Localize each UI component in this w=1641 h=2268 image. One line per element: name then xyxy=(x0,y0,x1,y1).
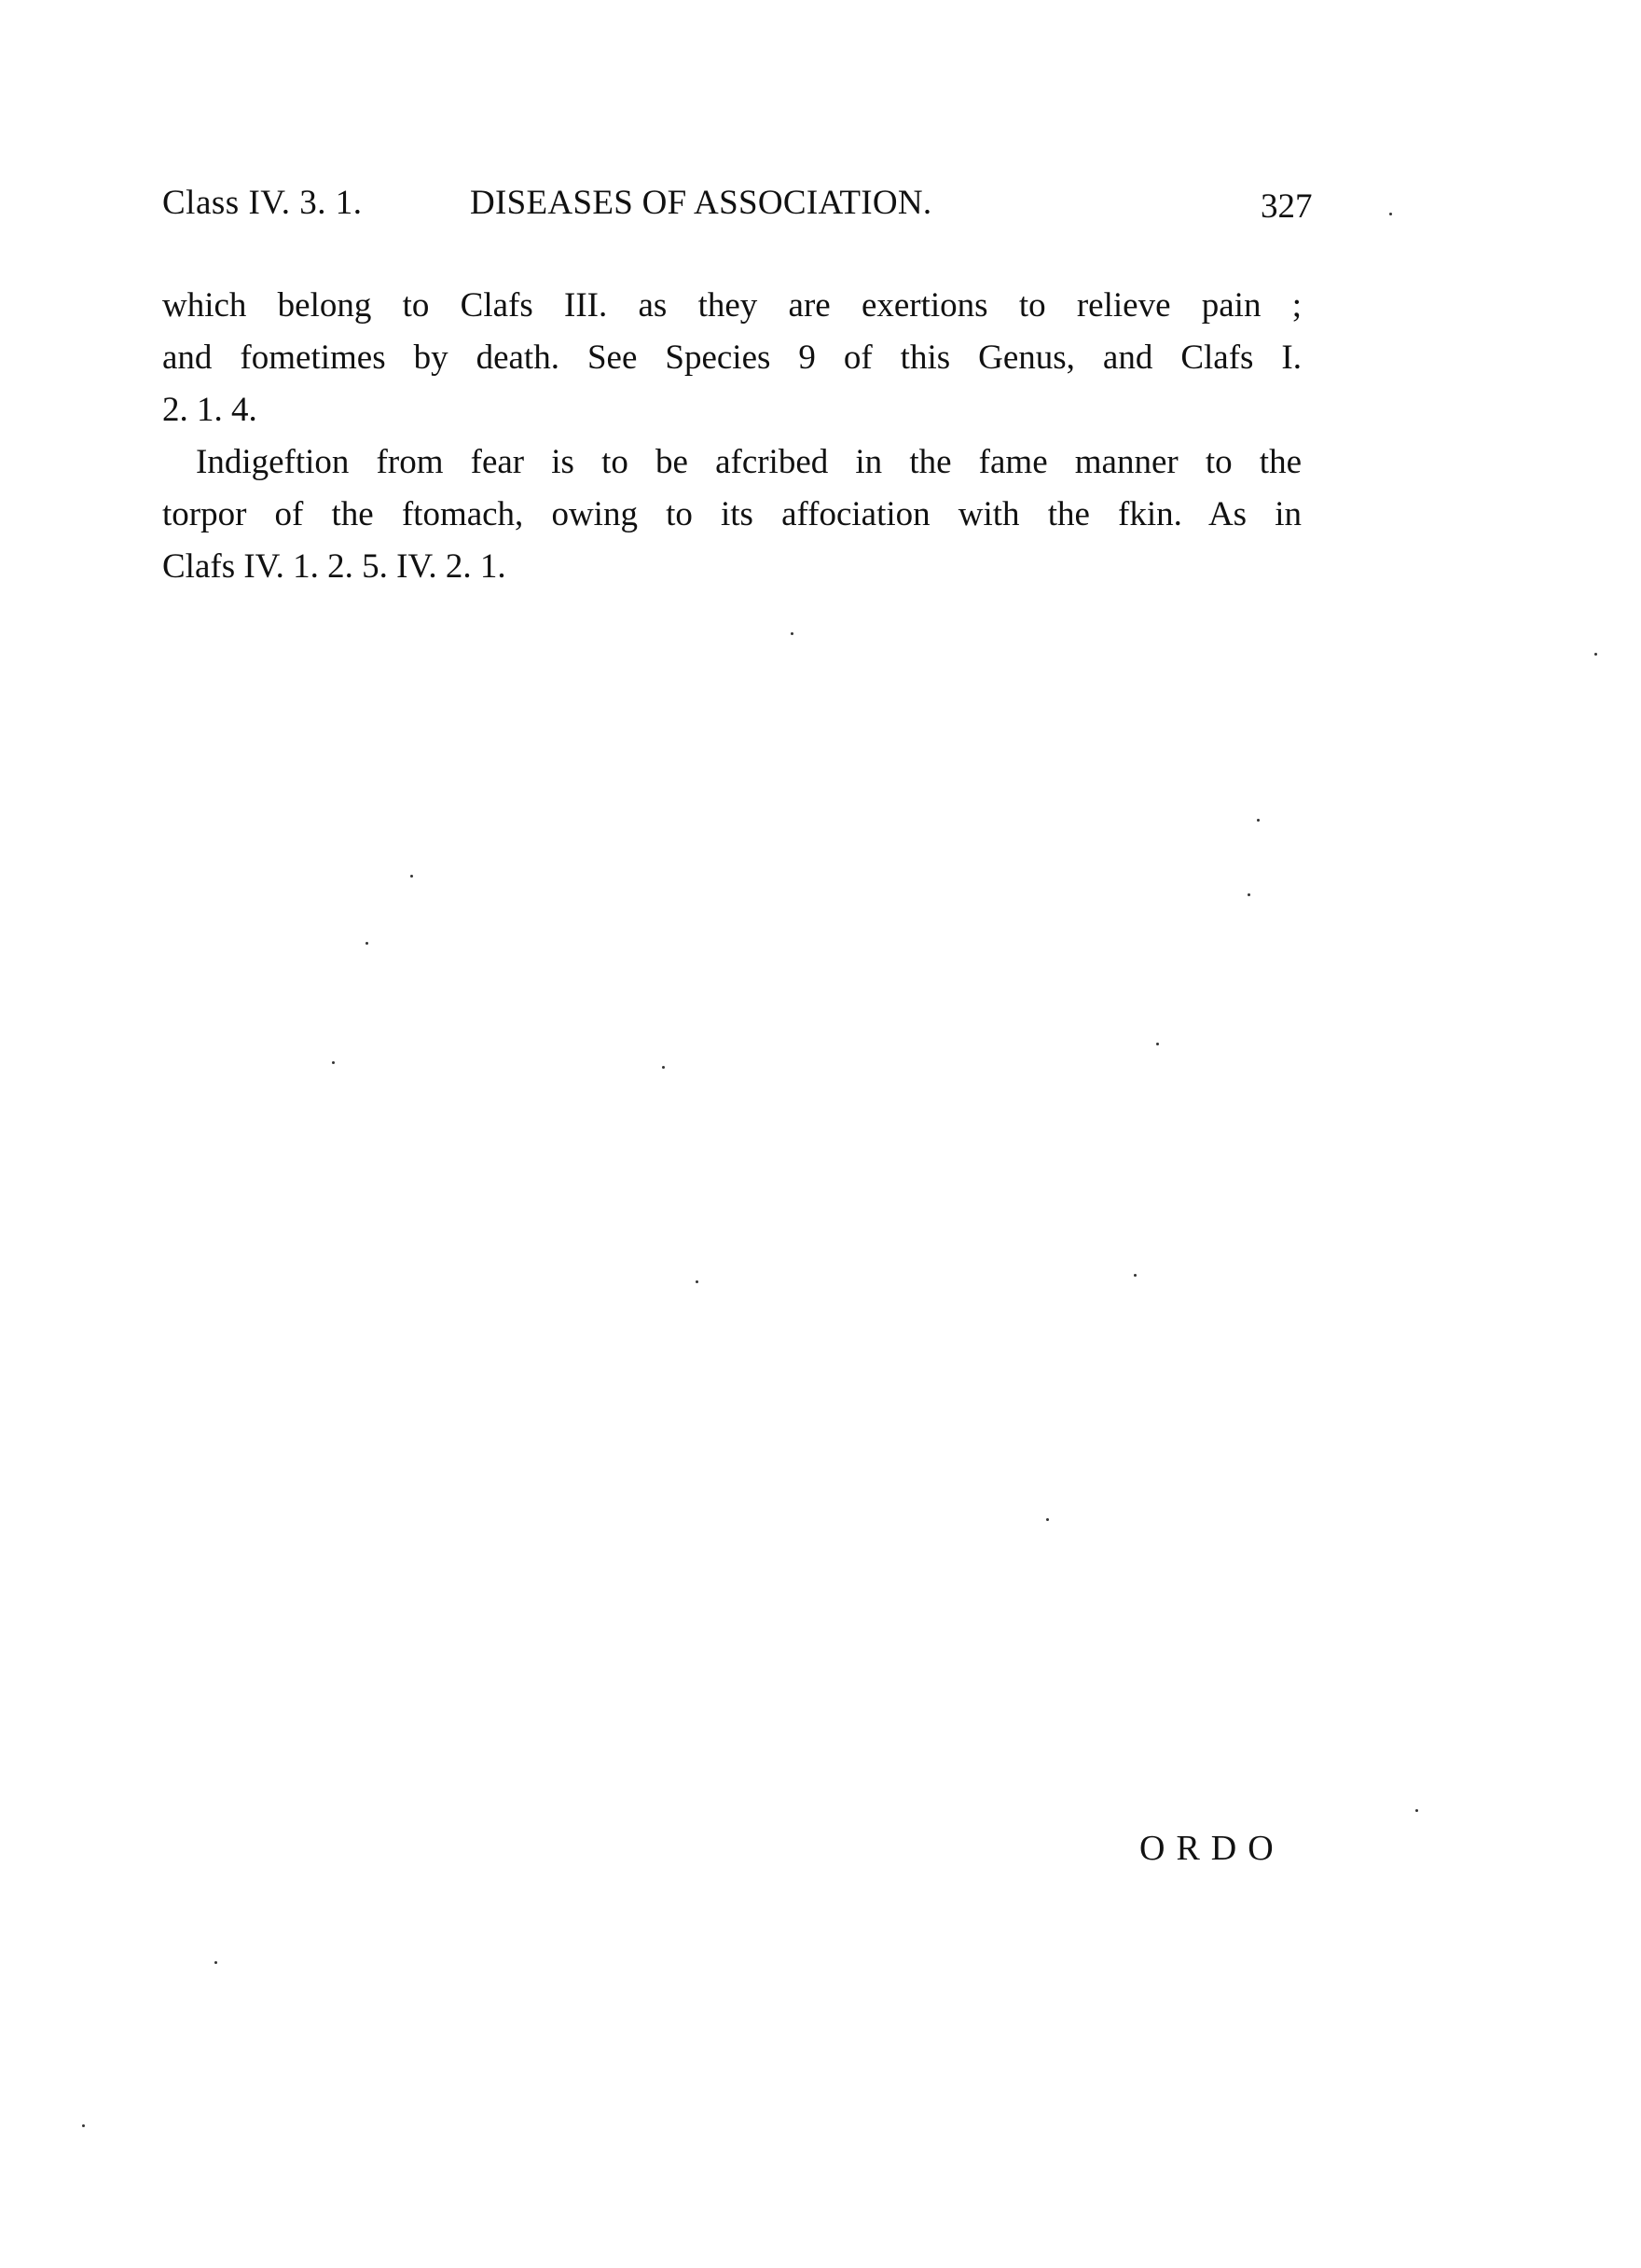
scan-speck xyxy=(332,1061,335,1064)
scan-speck xyxy=(365,942,368,945)
scan-speck xyxy=(410,875,413,878)
text-line: 2. 1. 4. xyxy=(162,384,1302,436)
scan-speck xyxy=(1046,1518,1049,1521)
scan-speck xyxy=(214,1961,217,1964)
text-line: which belong to Clafs III. as they are e… xyxy=(162,280,1302,332)
scan-speck xyxy=(696,1280,698,1283)
text-line: Clafs IV. 1. 2. 5. IV. 2. 1. xyxy=(162,541,1302,593)
text-line: Indigeftion from fear is to be afcribed … xyxy=(162,436,1302,489)
scan-speck xyxy=(791,632,793,635)
running-head-class: Class xyxy=(162,184,240,222)
paragraph-1: which belong to Clafs III. as they are e… xyxy=(162,280,1302,436)
scan-speck xyxy=(1248,893,1250,896)
page-body: which belong to Clafs III. as they are e… xyxy=(162,280,1302,593)
page-header: Class IV. 3. 1. DISEASES OF ASSOCIATION.… xyxy=(162,183,1318,239)
scan-speck xyxy=(1415,1809,1418,1812)
scan-speck xyxy=(662,1066,665,1069)
scan-speck xyxy=(1156,1043,1159,1045)
page-number: 327 xyxy=(1261,187,1313,227)
text-line: and fometimes by death. See Species 9 of… xyxy=(162,332,1302,384)
text-line: torpor of the ftomach, owing to its affo… xyxy=(162,489,1302,541)
scan-speck xyxy=(1257,819,1260,822)
scan-speck xyxy=(1134,1274,1137,1277)
running-head-number: IV. 3. 1. xyxy=(240,184,363,222)
scan-speck xyxy=(82,2124,85,2127)
scan-speck xyxy=(1594,653,1597,656)
catchword: ORDO xyxy=(1139,1828,1285,1869)
page-title: DISEASES OF ASSOCIATION. xyxy=(470,183,931,223)
paragraph-2: Indigeftion from fear is to be afcribed … xyxy=(162,436,1302,593)
scan-speck xyxy=(1389,213,1392,215)
running-head: Class IV. 3. 1. xyxy=(162,183,362,223)
